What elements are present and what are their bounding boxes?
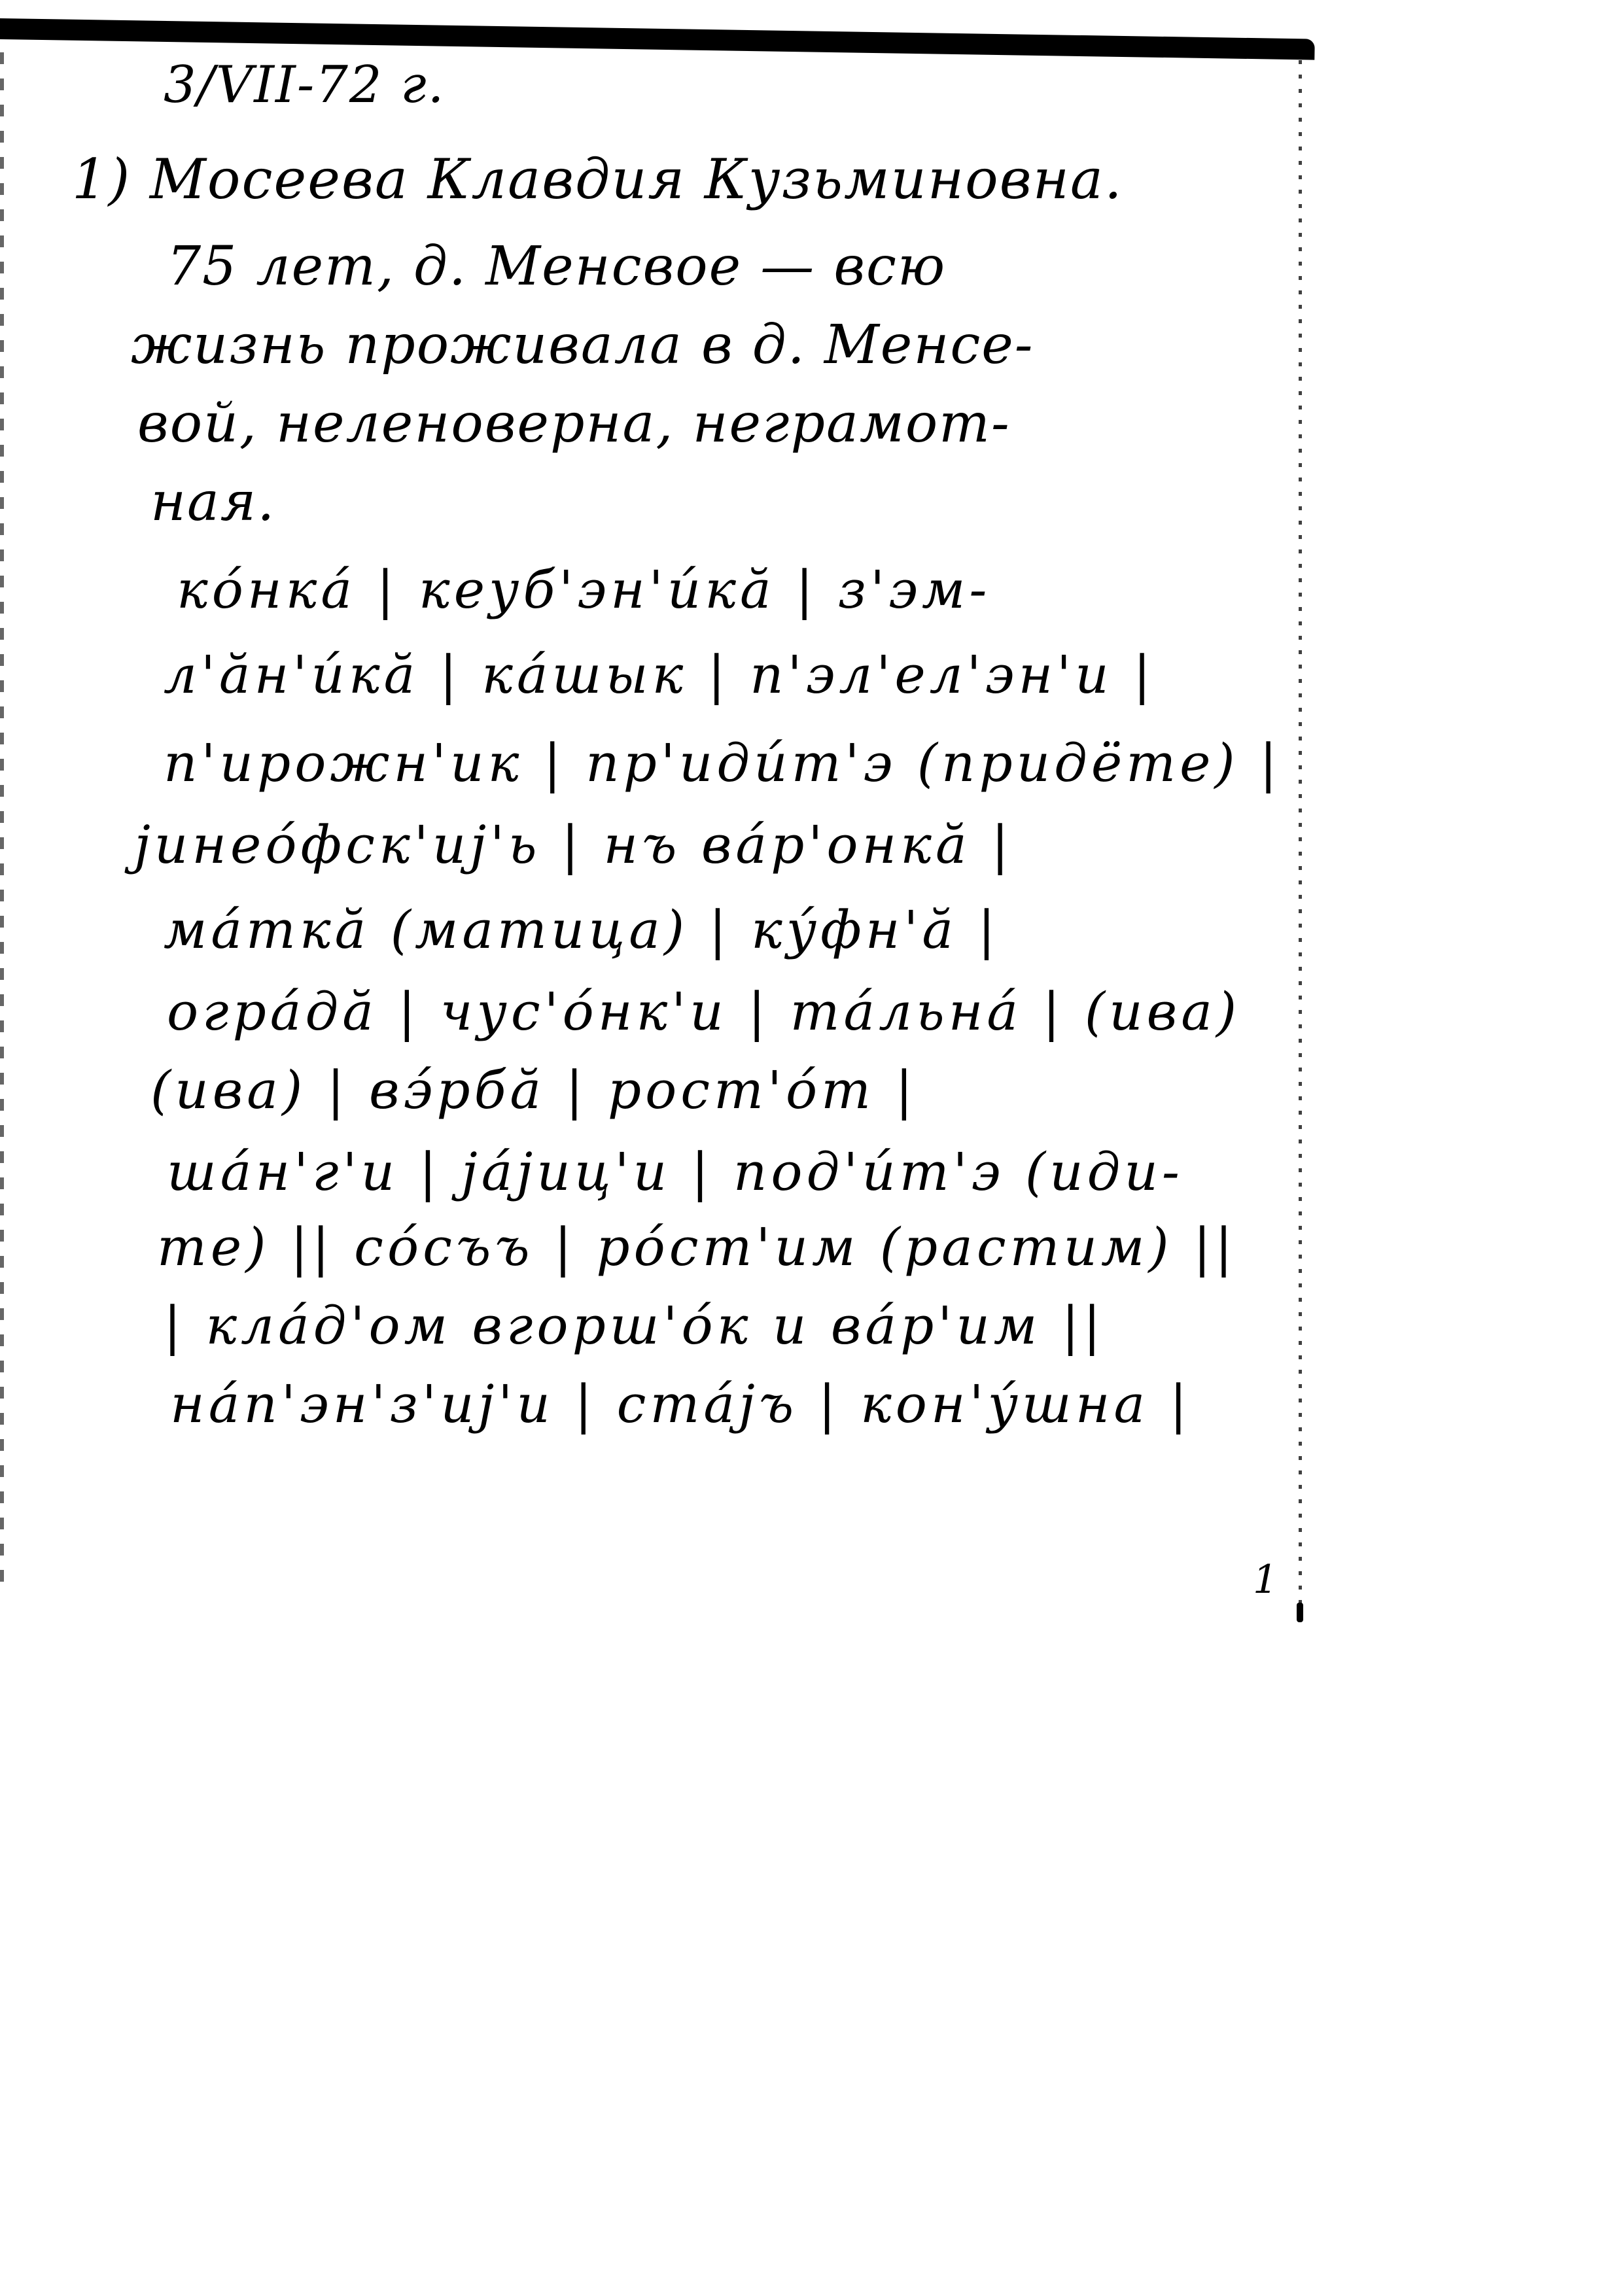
transcription-line: ма́ткӑ (матица) | ку́фн'ӑ | [164, 899, 1000, 960]
informant-name: 1) Мосеева Клавдия Кузьминовна. [72, 147, 1123, 211]
transcription-line: п'ирожн'ик | пр'иди́т'э (придёте) | [164, 733, 1281, 793]
transcription-line: те) || со́съъ | ро́ст'им (растим) || [157, 1217, 1236, 1278]
description-line: вой, неленоверна, неграмот- [137, 392, 1011, 455]
paper-top-edge [0, 18, 1315, 60]
record-date: 3/VII-72 г. [164, 56, 445, 114]
paper-left-edge [0, 26, 4, 1596]
paper-edge-mark [1297, 1603, 1303, 1622]
transcription-line: (ива) | вэ́рбӑ | рост'о́т | [150, 1060, 917, 1121]
scanned-page: 3/VII-72 г. 1) Мосеева Клавдия Кузьминов… [0, 0, 1612, 2296]
transcription-line: ша́н'г'и | ја́јиц'и | под'и́т'э (иди- [167, 1141, 1183, 1202]
description-line: ная. [150, 471, 275, 533]
transcription-line: на́п'эн'з'иј'и | ста́јъ | кон'у́шна | [170, 1374, 1191, 1435]
transcription-line: јинео́фск'иј'ь | нъ ва́р'онкӑ | [134, 814, 1013, 875]
transcription-line: | кла́д'ом вгорш'о́к и ва́р'им || [164, 1295, 1105, 1356]
description-line: жизнь проживала в д. Менсе- [131, 314, 1034, 376]
transcription-line: огра́дӑ | чус'о́нк'и | та́льна́ | (ива) [167, 981, 1240, 1042]
page-number: 1 [1253, 1557, 1278, 1603]
paper-right-edge [1299, 46, 1302, 1629]
description-line: 75 лет, д. Менсвоe — всю [167, 235, 946, 298]
transcription-line: ко́нка́ | кеуб'эн'и́кӑ | з'эм- [177, 559, 990, 620]
transcription-line: л'ӑн'и́кӑ | ка́шык | п'эл'ел'эн'и | [164, 644, 1155, 705]
